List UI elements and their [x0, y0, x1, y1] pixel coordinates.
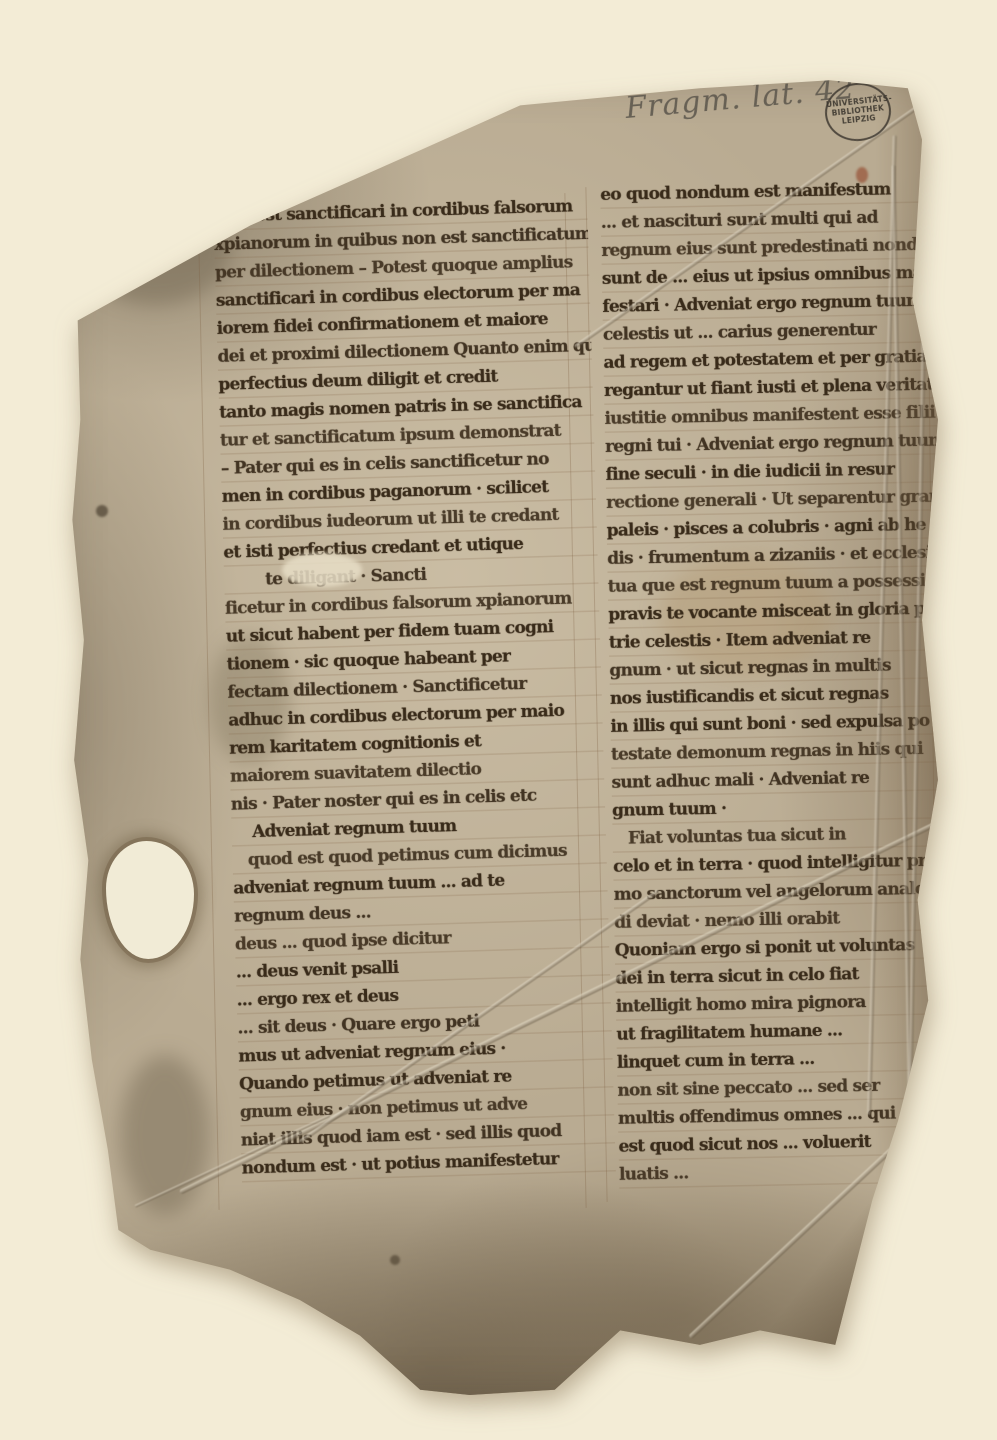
parchment-leaf: – Potest sanctificari in cordibus falsor… — [60, 75, 945, 1395]
manuscript-line: non sit sine peccato ... sed ser — [617, 1070, 969, 1105]
stain — [390, 1255, 400, 1265]
parchment-leaf-wrapper: – Potest sanctificari in cordibus falsor… — [60, 75, 945, 1395]
ruling-line — [197, 200, 219, 1210]
photograph-background: { "page": { "background_color": "#f3ecd6… — [0, 0, 997, 1440]
folded-edge-shading — [875, 75, 945, 1395]
stain — [80, 195, 230, 305]
left-text-column: – Potest sanctificari in cordibus falsor… — [213, 192, 616, 1191]
shelfmark-annotation: Fragm. lat. 42 — [624, 71, 857, 126]
stain — [96, 505, 108, 517]
parchment-tear — [282, 553, 362, 587]
manuscript-line: multis offendimus omnes ... qui — [618, 1098, 970, 1133]
parchment-hole — [106, 841, 194, 959]
manuscript-line: luatis ... — [619, 1154, 971, 1189]
